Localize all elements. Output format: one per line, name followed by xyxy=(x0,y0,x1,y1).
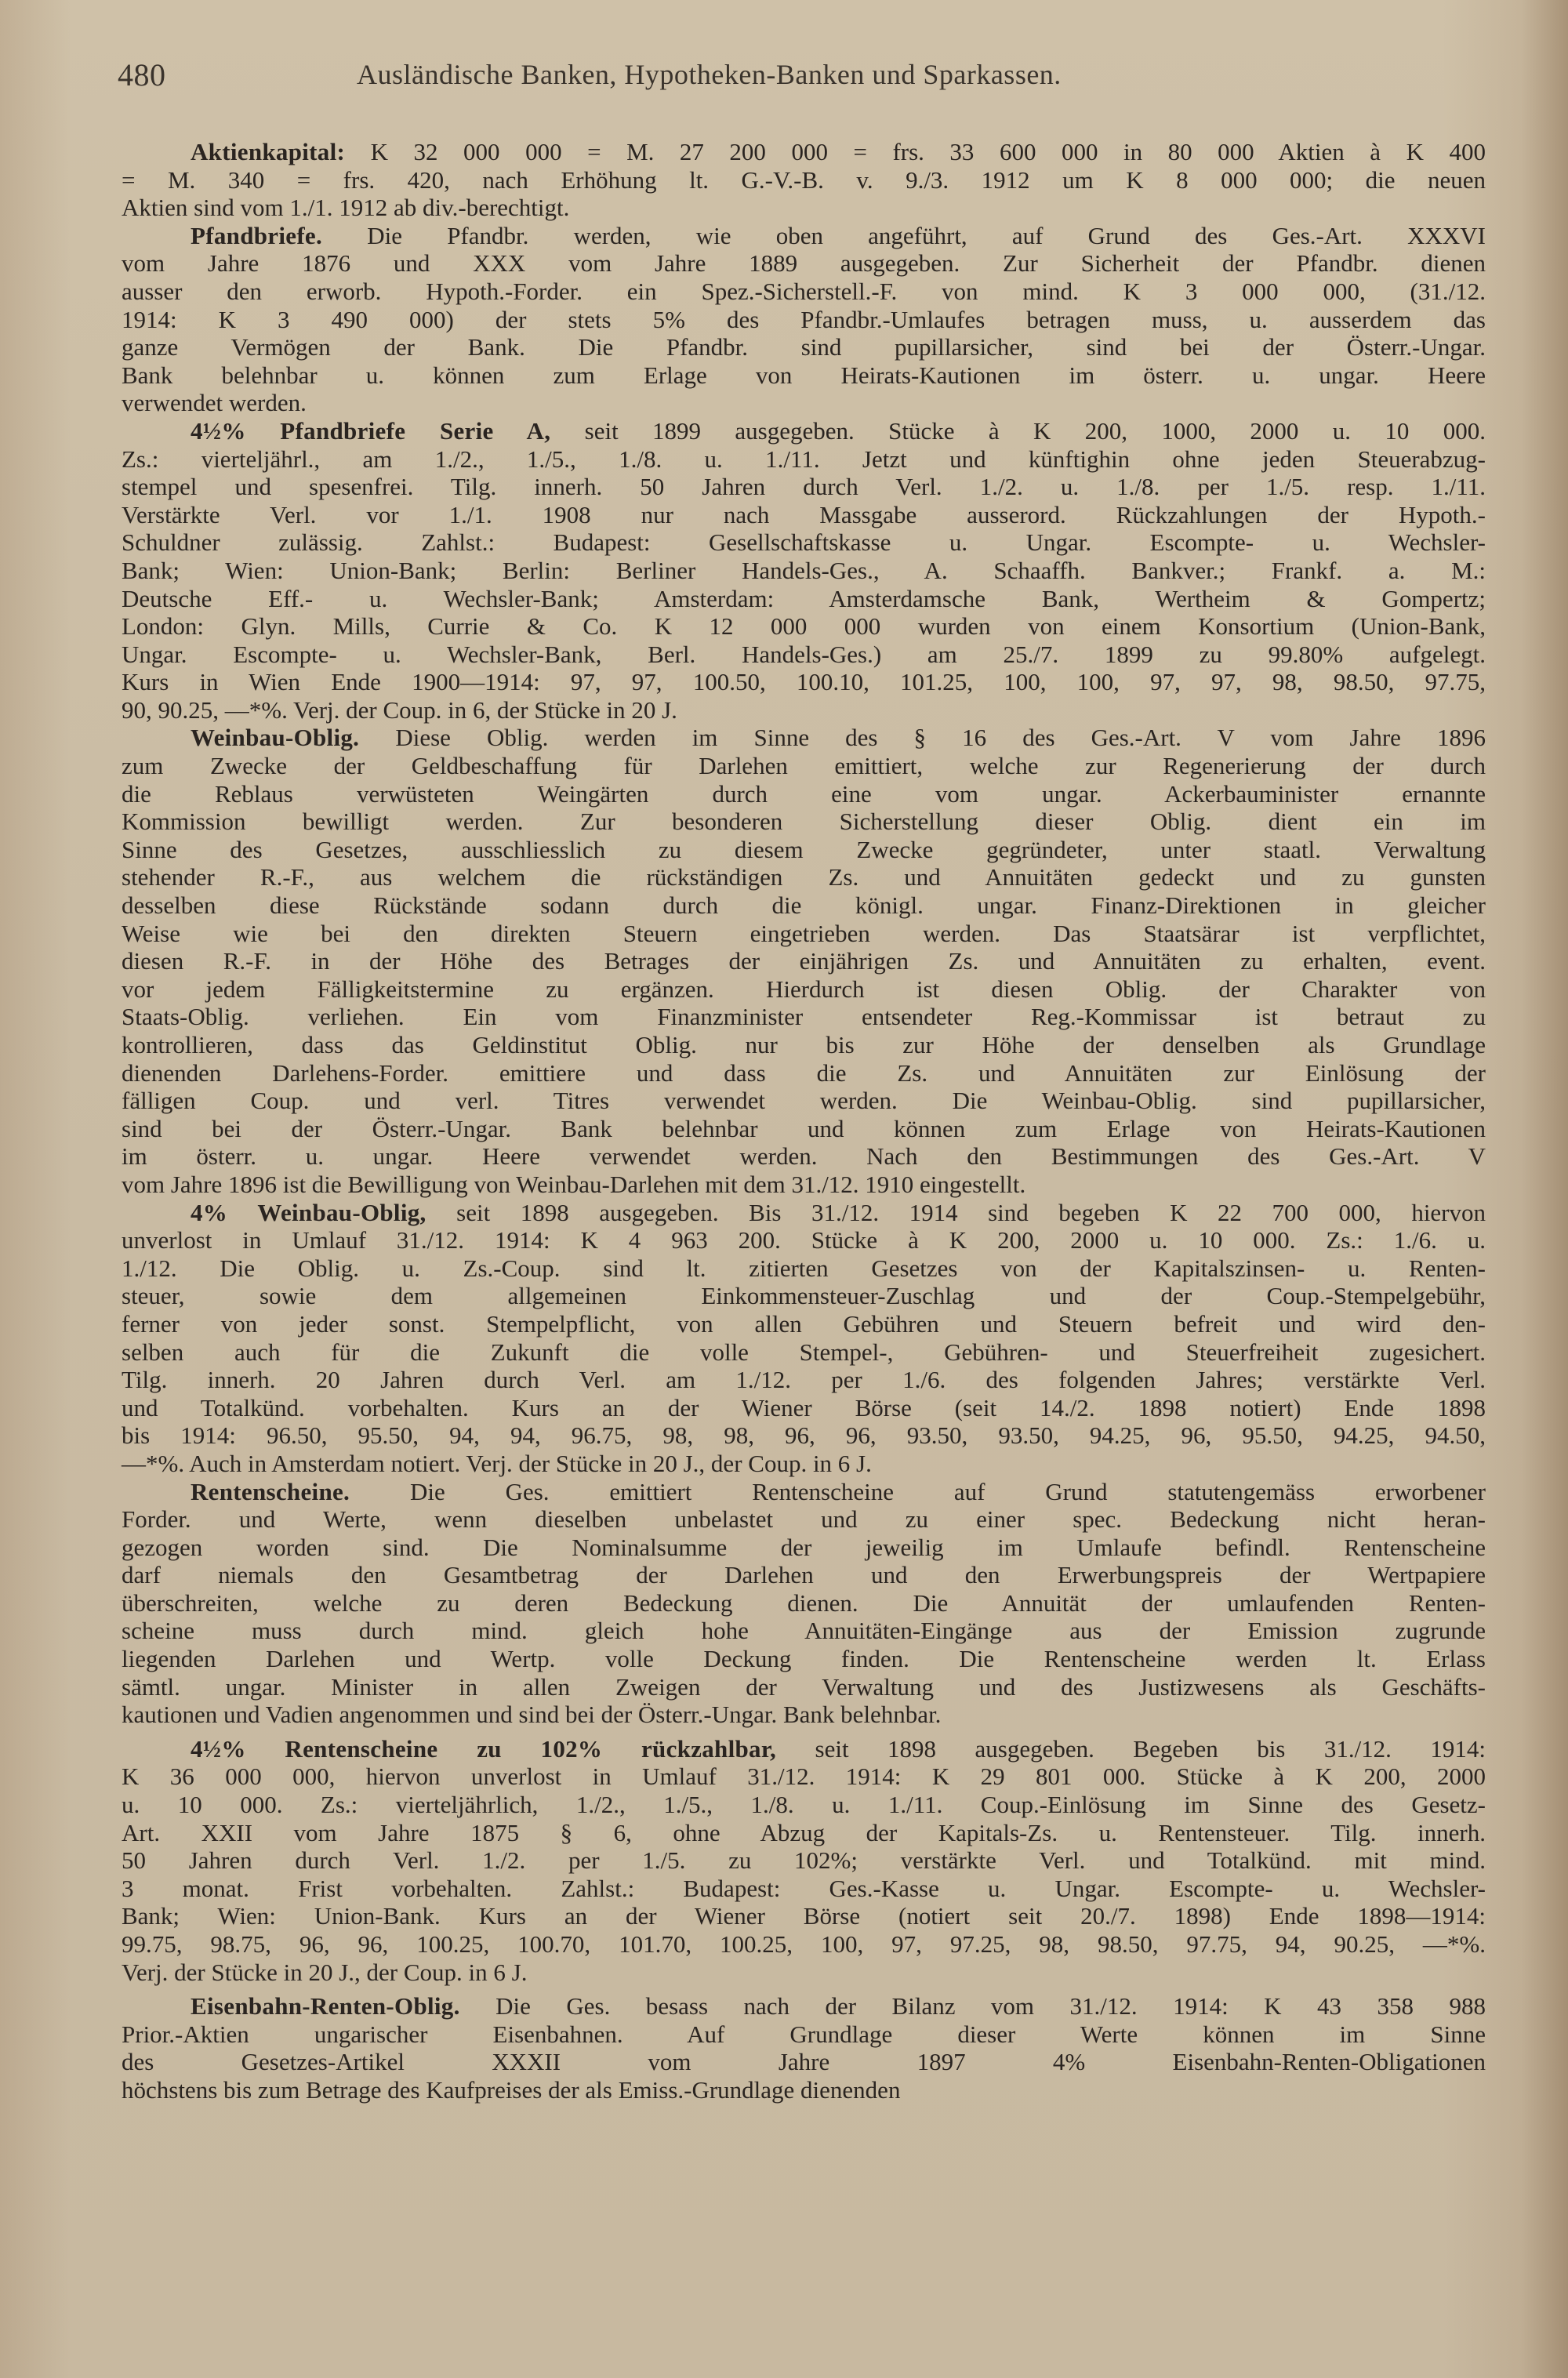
text-line: höchstens bis zum Betrage des Kaufpreise… xyxy=(122,2076,1486,2104)
line-text: seit 1899 ausgegeben. Stücke à K 200, 10… xyxy=(550,417,1486,445)
line-text: Art. XXII vom Jahre 1875 § 6, ohne Abzug… xyxy=(122,1819,1486,1846)
line-text: Staats-Oblig. verliehen. Ein vom Finanzm… xyxy=(122,1003,1486,1030)
line-text: vom Jahre 1896 ist die Bewilligung von W… xyxy=(122,1171,1025,1198)
text-line: 3 monat. Frist vorbehalten. Zahlst.: Bud… xyxy=(122,1875,1486,1903)
line-text: K 36 000 000, hiervon unverlost in Umlau… xyxy=(122,1763,1486,1790)
paragraph: Aktienkapital: K 32 000 000 = M. 27 200 … xyxy=(122,138,1486,222)
line-text: London: Glyn. Mills, Currie & Co. K 12 0… xyxy=(122,612,1486,640)
line-text: zum Zwecke der Geldbeschaffung für Darle… xyxy=(122,752,1486,779)
text-line: —*%. Auch in Amsterdam notiert. Verj. de… xyxy=(122,1450,1486,1478)
text-line: des Gesetzes-Artikel XXXII vom Jahre 189… xyxy=(122,2048,1486,2076)
paragraph-heading: Aktienkapital: xyxy=(191,138,345,165)
line-text: stempel und spesenfrei. Tilg. innerh. 50… xyxy=(122,473,1486,500)
page-body: Aktienkapital: K 32 000 000 = M. 27 200 … xyxy=(122,138,1486,2104)
line-text: fälligen Coup. und verl. Titres verwende… xyxy=(122,1087,1486,1114)
text-line: Bank; Wien: Union-Bank; Berlin: Berliner… xyxy=(122,557,1486,585)
text-line: Weise wie bei den direkten Steuern einge… xyxy=(122,920,1486,948)
line-text: diesen R.-F. in der Höhe des Betrages de… xyxy=(122,947,1486,975)
line-text: = M. 340 = frs. 420, nach Erhöhung lt. G… xyxy=(122,166,1486,194)
text-line: Tilg. innerh. 20 Jahren durch Verl. am 1… xyxy=(122,1366,1486,1394)
text-line: Kurs in Wien Ende 1900—1914: 97, 97, 100… xyxy=(122,668,1486,696)
text-line: Bank belehnbar u. können zum Erlage von … xyxy=(122,361,1486,390)
paragraph: 4½% Pfandbriefe Serie A, seit 1899 ausge… xyxy=(122,417,1486,724)
line-text: Sinne des Gesetzes, ausschliesslich zu d… xyxy=(122,836,1486,863)
line-text: Kommission bewilligt werden. Zur besonde… xyxy=(122,808,1486,835)
text-line: Art. XXII vom Jahre 1875 § 6, ohne Abzug… xyxy=(122,1819,1486,1847)
text-line: K 36 000 000, hiervon unverlost in Umlau… xyxy=(122,1763,1486,1791)
paragraph: Eisenbahn-Renten-Oblig. Die Ges. besass … xyxy=(122,1992,1486,2104)
text-line: ferner von jeder sonst. Stempelpflicht, … xyxy=(122,1310,1486,1338)
text-line: vom Jahre 1896 ist die Bewilligung von W… xyxy=(122,1171,1486,1199)
line-text: gezogen worden sind. Die Nominalsumme de… xyxy=(122,1534,1486,1561)
text-line: kontrollieren, dass das Geldinstitut Obl… xyxy=(122,1031,1486,1059)
text-line: darf niemals den Gesamtbetrag der Darleh… xyxy=(122,1561,1486,1589)
text-line: und Totalkünd. vorbehalten. Kurs an der … xyxy=(122,1394,1486,1422)
text-line: Aktien sind vom 1./1. 1912 ab div.-berec… xyxy=(122,194,1486,222)
line-text: Die Ges. emittiert Rentenscheine auf Gru… xyxy=(350,1478,1486,1505)
text-line: u. 10 000. Zs.: vierteljährlich, 1./2., … xyxy=(122,1791,1486,1819)
line-text: K 32 000 000 = M. 27 200 000 = frs. 33 6… xyxy=(345,138,1486,165)
line-text: —*%. Auch in Amsterdam notiert. Verj. de… xyxy=(122,1450,872,1477)
text-line: im österr. u. ungar. Heere verwendet wer… xyxy=(122,1142,1486,1171)
text-line: Prior.-Aktien ungarischer Eisenbahnen. A… xyxy=(122,2020,1486,2049)
paragraph-heading: Pfandbriefe. xyxy=(191,222,322,249)
text-line: sämtl. ungar. Minister in allen Zweigen … xyxy=(122,1673,1486,1701)
paragraph: Weinbau-Oblig. Diese Oblig. werden im Si… xyxy=(122,724,1486,1198)
line-text: Prior.-Aktien ungarischer Eisenbahnen. A… xyxy=(122,2020,1486,2048)
paragraph-heading: Weinbau-Oblig. xyxy=(191,724,359,751)
text-line: diesen R.-F. in der Höhe des Betrages de… xyxy=(122,947,1486,975)
line-text: 1914: K 3 490 000) der stets 5% des Pfan… xyxy=(122,306,1486,333)
line-text: Diese Oblig. werden im Sinne des § 16 de… xyxy=(359,724,1486,751)
line-text: Verstärkte Verl. vor 1./1. 1908 nur nach… xyxy=(122,501,1486,528)
line-text: bis 1914: 96.50, 95.50, 94, 94, 96.75, 9… xyxy=(122,1421,1486,1449)
line-text: sämtl. ungar. Minister in allen Zweigen … xyxy=(122,1673,1486,1701)
running-head-title: Ausländische Banken, Hypotheken-Banken u… xyxy=(357,58,1062,91)
text-line: 4½% Pfandbriefe Serie A, seit 1899 ausge… xyxy=(122,417,1486,445)
text-line: liegenden Darlehen und Wertp. volle Deck… xyxy=(122,1645,1486,1673)
paragraph-heading: Eisenbahn-Renten-Oblig. xyxy=(191,1992,460,2020)
text-line: 1914: K 3 490 000) der stets 5% des Pfan… xyxy=(122,306,1486,334)
line-text: 1./12. Die Oblig. u. Zs.-Coup. sind lt. … xyxy=(122,1254,1486,1282)
text-line: scheine muss durch mind. gleich hohe Ann… xyxy=(122,1617,1486,1645)
text-line: Kommission bewilligt werden. Zur besonde… xyxy=(122,808,1486,836)
text-line: Weinbau-Oblig. Diese Oblig. werden im Si… xyxy=(122,724,1486,752)
paragraph: Rentenscheine. Die Ges. emittiert Renten… xyxy=(122,1478,1486,1729)
line-text: Bank belehnbar u. können zum Erlage von … xyxy=(122,361,1486,389)
text-line: Ungar. Escompte- u. Wechsler-Bank, Berl.… xyxy=(122,641,1486,669)
line-text: liegenden Darlehen und Wertp. volle Deck… xyxy=(122,1645,1486,1672)
text-line: Rentenscheine. Die Ges. emittiert Renten… xyxy=(122,1478,1486,1506)
text-line: 1./12. Die Oblig. u. Zs.-Coup. sind lt. … xyxy=(122,1254,1486,1283)
text-line: desselben diese Rückstände sodann durch … xyxy=(122,891,1486,920)
text-line: unverlost in Umlauf 31./12. 1914: K 4 96… xyxy=(122,1226,1486,1254)
paragraph-heading: 4½% Rentenscheine zu 102% rückzahlbar, xyxy=(191,1735,776,1763)
line-text: 90, 90.25, —*%. Verj. der Coup. in 6, de… xyxy=(122,696,677,724)
text-line: Zs.: vierteljährl., am 1./2., 1./5., 1./… xyxy=(122,445,1486,474)
paragraph: 4½% Rentenscheine zu 102% rückzahlbar, s… xyxy=(122,1735,1486,1986)
text-line: verwendet werden. xyxy=(122,389,1486,417)
line-text: Kurs in Wien Ende 1900—1914: 97, 97, 100… xyxy=(122,668,1486,695)
paragraph-heading: 4% Weinbau-Oblig, xyxy=(191,1199,426,1226)
paragraph-gap xyxy=(122,1986,1486,1992)
line-text: ferner von jeder sonst. Stempelpflicht, … xyxy=(122,1310,1486,1338)
text-line: stempel und spesenfrei. Tilg. innerh. 50… xyxy=(122,473,1486,501)
paragraph-heading: Rentenscheine. xyxy=(191,1478,350,1505)
text-line: stehender R.-F., aus welchem die rückstä… xyxy=(122,863,1486,891)
text-line: 4% Weinbau-Oblig, seit 1898 ausgegeben. … xyxy=(122,1199,1486,1227)
page-number: 480 xyxy=(118,56,166,93)
line-text: unverlost in Umlauf 31./12. 1914: K 4 96… xyxy=(122,1226,1486,1254)
line-text: selben auch für die Zukunft die volle St… xyxy=(122,1338,1486,1366)
text-line: Bank; Wien: Union-Bank. Kurs an der Wien… xyxy=(122,1902,1486,1930)
line-text: Zs.: vierteljährl., am 1./2., 1./5., 1./… xyxy=(122,445,1486,473)
text-line: ganze Vermögen der Bank. Die Pfandbr. si… xyxy=(122,333,1486,361)
line-text: Bank; Wien: Union-Bank; Berlin: Berliner… xyxy=(122,557,1486,584)
line-text: im österr. u. ungar. Heere verwendet wer… xyxy=(122,1142,1486,1170)
text-line: überschreiten, welche zu deren Bedeckung… xyxy=(122,1589,1486,1617)
line-text: ganze Vermögen der Bank. Die Pfandbr. si… xyxy=(122,333,1486,361)
text-line: kautionen und Vadien angenommen und sind… xyxy=(122,1701,1486,1729)
text-line: 99.75, 98.75, 96, 96, 100.25, 100.70, 10… xyxy=(122,1930,1486,1959)
text-line: fälligen Coup. und verl. Titres verwende… xyxy=(122,1087,1486,1115)
paragraph: 4% Weinbau-Oblig, seit 1898 ausgegeben. … xyxy=(122,1199,1486,1478)
running-head: 480 Ausländische Banken, Hypotheken-Bank… xyxy=(122,56,1486,96)
text-line: Deutsche Eff.- u. Wechsler-Bank; Amsterd… xyxy=(122,585,1486,613)
text-line: gezogen worden sind. Die Nominalsumme de… xyxy=(122,1534,1486,1562)
text-line: sind bei der Österr.-Ungar. Bank belehnb… xyxy=(122,1115,1486,1143)
text-line: Eisenbahn-Renten-Oblig. Die Ges. besass … xyxy=(122,1992,1486,2020)
line-text: Deutsche Eff.- u. Wechsler-Bank; Amsterd… xyxy=(122,585,1486,612)
text-line: Pfandbriefe. Die Pfandbr. werden, wie ob… xyxy=(122,222,1486,250)
line-text: und Totalkünd. vorbehalten. Kurs an der … xyxy=(122,1394,1486,1421)
line-text: darf niemals den Gesamtbetrag der Darleh… xyxy=(122,1561,1486,1588)
line-text: Die Ges. besass nach der Bilanz vom 31./… xyxy=(460,1992,1486,2020)
line-text: sind bei der Österr.-Ungar. Bank belehnb… xyxy=(122,1115,1486,1142)
line-text: 50 Jahren durch Verl. 1./2. per 1./5. zu… xyxy=(122,1846,1486,1874)
line-text: 3 monat. Frist vorbehalten. Zahlst.: Bud… xyxy=(122,1875,1486,1902)
paragraph: Pfandbriefe. Die Pfandbr. werden, wie ob… xyxy=(122,222,1486,417)
line-text: Bank; Wien: Union-Bank. Kurs an der Wien… xyxy=(122,1902,1486,1930)
line-text: scheine muss durch mind. gleich hohe Ann… xyxy=(122,1617,1486,1644)
line-text: steuer, sowie dem allgemeinen Einkommens… xyxy=(122,1282,1486,1309)
text-line: die Reblaus verwüsteten Weingärten durch… xyxy=(122,780,1486,808)
paragraph-gap xyxy=(122,1729,1486,1735)
line-text: Forder. und Werte, wenn dieselben unbela… xyxy=(122,1505,1486,1533)
text-line: selben auch für die Zukunft die volle St… xyxy=(122,1338,1486,1367)
line-text: stehender R.-F., aus welchem die rückstä… xyxy=(122,863,1486,891)
line-text: Verj. der Stücke in 20 J., der Coup. in … xyxy=(122,1959,527,1986)
text-line: zum Zwecke der Geldbeschaffung für Darle… xyxy=(122,752,1486,780)
text-line: = M. 340 = frs. 420, nach Erhöhung lt. G… xyxy=(122,166,1486,194)
line-text: vom Jahre 1876 und XXX vom Jahre 1889 au… xyxy=(122,249,1486,277)
line-text: 99.75, 98.75, 96, 96, 100.25, 100.70, 10… xyxy=(122,1930,1486,1958)
text-line: vom Jahre 1876 und XXX vom Jahre 1889 au… xyxy=(122,249,1486,278)
line-text: seit 1898 ausgegeben. Begeben bis 31./12… xyxy=(776,1735,1486,1763)
line-text: ausser den erworb. Hypoth.-Forder. ein S… xyxy=(122,278,1486,305)
text-line: steuer, sowie dem allgemeinen Einkommens… xyxy=(122,1282,1486,1310)
line-text: Die Pfandbr. werden, wie oben angeführt,… xyxy=(322,222,1486,249)
line-text: des Gesetzes-Artikel XXXII vom Jahre 189… xyxy=(122,2048,1486,2075)
text-line: Verstärkte Verl. vor 1./1. 1908 nur nach… xyxy=(122,501,1486,529)
line-text: kautionen und Vadien angenommen und sind… xyxy=(122,1701,941,1728)
line-text: seit 1898 ausgegeben. Bis 31./12. 1914 s… xyxy=(426,1199,1486,1226)
line-text: verwendet werden. xyxy=(122,389,307,416)
text-line: Forder. und Werte, wenn dieselben unbela… xyxy=(122,1505,1486,1534)
text-line: dienenden Darlehens-Forder. emittiere un… xyxy=(122,1059,1486,1087)
line-text: vor jedem Fälligkeitstermine zu ergänzen… xyxy=(122,975,1486,1003)
line-text: u. 10 000. Zs.: vierteljährlich, 1./2., … xyxy=(122,1791,1486,1818)
text-line: 90, 90.25, —*%. Verj. der Coup. in 6, de… xyxy=(122,696,1486,724)
line-text: überschreiten, welche zu deren Bedeckung… xyxy=(122,1589,1486,1617)
text-line: 50 Jahren durch Verl. 1./2. per 1./5. zu… xyxy=(122,1846,1486,1875)
line-text: kontrollieren, dass das Geldinstitut Obl… xyxy=(122,1031,1486,1058)
line-text: die Reblaus verwüsteten Weingärten durch… xyxy=(122,780,1486,808)
paragraph-heading: 4½% Pfandbriefe Serie A, xyxy=(191,417,550,445)
text-line: Sinne des Gesetzes, ausschliesslich zu d… xyxy=(122,836,1486,864)
text-line: vor jedem Fälligkeitstermine zu ergänzen… xyxy=(122,975,1486,1004)
line-text: Aktien sind vom 1./1. 1912 ab div.-berec… xyxy=(122,194,569,221)
line-text: Ungar. Escompte- u. Wechsler-Bank, Berl.… xyxy=(122,641,1486,668)
line-text: desselben diese Rückstände sodann durch … xyxy=(122,891,1486,919)
text-line: London: Glyn. Mills, Currie & Co. K 12 0… xyxy=(122,612,1486,641)
line-text: Schuldner zulässig. Zahlst.: Budapest: G… xyxy=(122,528,1486,556)
line-text: höchstens bis zum Betrage des Kaufpreise… xyxy=(122,2076,900,2104)
text-line: Schuldner zulässig. Zahlst.: Budapest: G… xyxy=(122,528,1486,557)
line-text: dienenden Darlehens-Forder. emittiere un… xyxy=(122,1059,1486,1087)
text-line: 4½% Rentenscheine zu 102% rückzahlbar, s… xyxy=(122,1735,1486,1763)
text-line: bis 1914: 96.50, 95.50, 94, 94, 96.75, 9… xyxy=(122,1421,1486,1450)
text-line: Staats-Oblig. verliehen. Ein vom Finanzm… xyxy=(122,1003,1486,1031)
text-line: ausser den erworb. Hypoth.-Forder. ein S… xyxy=(122,278,1486,306)
text-line: Aktienkapital: K 32 000 000 = M. 27 200 … xyxy=(122,138,1486,166)
text-line: Verj. der Stücke in 20 J., der Coup. in … xyxy=(122,1959,1486,1987)
line-text: Tilg. innerh. 20 Jahren durch Verl. am 1… xyxy=(122,1366,1486,1393)
line-text: Weise wie bei den direkten Steuern einge… xyxy=(122,920,1486,947)
